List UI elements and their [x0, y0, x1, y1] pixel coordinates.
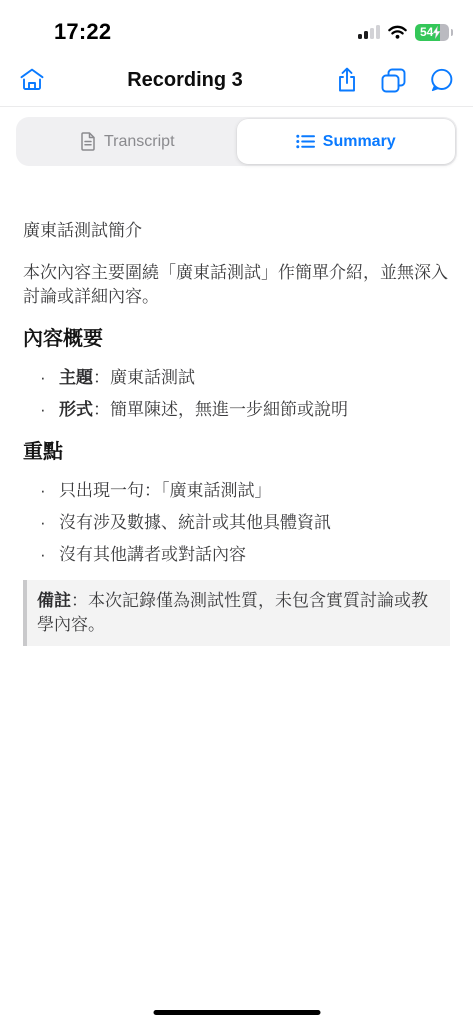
- nav-bar: Recording 3: [0, 54, 473, 107]
- status-time: 17:22: [54, 19, 111, 45]
- summary-content: 廣東話測試簡介 本次內容主要圍繞「廣東話測試」作簡單介紹，並無深入討論或詳細內容…: [0, 166, 473, 646]
- bullet-text: 形式：簡單陳述，無進一步細節或說明: [59, 398, 348, 422]
- section-heading-overview: 內容概要: [23, 326, 450, 353]
- battery-percent: 54: [415, 24, 433, 41]
- status-icons: 54: [358, 24, 449, 41]
- bullet-dot: ·: [40, 511, 59, 535]
- home-indicator[interactable]: [153, 1010, 320, 1015]
- bullet-text: 只出現一句：「廣東話測試」: [59, 479, 272, 503]
- status-bar: 17:22 54: [0, 0, 473, 54]
- section-heading-keypoints: 重點: [23, 439, 450, 466]
- nav-actions: [335, 66, 455, 94]
- bullet-text: 沒有涉及數據、統計或其他具體資訊: [59, 511, 331, 535]
- note-label: 備註: [37, 591, 71, 610]
- document-icon: [80, 132, 96, 151]
- bullet-item: · 主題：廣東話測試: [23, 366, 450, 390]
- bullet-dot: ·: [40, 543, 59, 567]
- bullet-dot: ·: [40, 398, 59, 422]
- wifi-icon: [388, 25, 407, 39]
- cellular-signal-icon: [358, 25, 380, 39]
- tab-bar: Transcript Summary: [16, 117, 457, 166]
- tab-transcript-label: Transcript: [104, 133, 175, 151]
- note-text: 本次記錄僅為測試性質，未包含實質討論或教學內容。: [37, 591, 428, 634]
- bullet-item: · 沒有涉及數據、統計或其他具體資訊: [23, 511, 450, 535]
- bullet-text: 主題：廣東話測試: [59, 366, 195, 390]
- share-button[interactable]: [335, 66, 359, 94]
- intro-title: 廣東話測試簡介: [23, 219, 450, 243]
- copy-button[interactable]: [380, 67, 407, 94]
- home-button[interactable]: [18, 66, 46, 94]
- chat-icon: [428, 67, 455, 94]
- tab-summary-label: Summary: [323, 133, 396, 151]
- copy-icon: [380, 67, 407, 94]
- list-icon: [296, 134, 315, 149]
- bullet-text: 沒有其他講者或對話內容: [59, 543, 246, 567]
- tab-transcript[interactable]: Transcript: [18, 119, 237, 164]
- home-icon: [18, 66, 46, 94]
- bullet-item: · 沒有其他講者或對話內容: [23, 543, 450, 567]
- bullet-item: · 形式：簡單陳述，無進一步細節或說明: [23, 398, 450, 422]
- intro-paragraph: 本次內容主要圍繞「廣東話測試」作簡單介紹，並無深入討論或詳細內容。: [23, 261, 450, 309]
- tab-summary[interactable]: Summary: [237, 119, 456, 164]
- charging-bolt-icon: [432, 26, 441, 39]
- battery-indicator: 54: [415, 24, 449, 41]
- note-block: 備註：本次記錄僅為測試性質，未包含實質討論或教學內容。: [23, 580, 450, 646]
- bullet-dot: ·: [40, 366, 59, 390]
- bullet-item: · 只出現一句：「廣東話測試」: [23, 479, 450, 503]
- share-icon: [335, 66, 359, 94]
- page-title: Recording 3: [127, 69, 243, 92]
- chat-button[interactable]: [428, 67, 455, 94]
- bullet-dot: ·: [40, 479, 59, 503]
